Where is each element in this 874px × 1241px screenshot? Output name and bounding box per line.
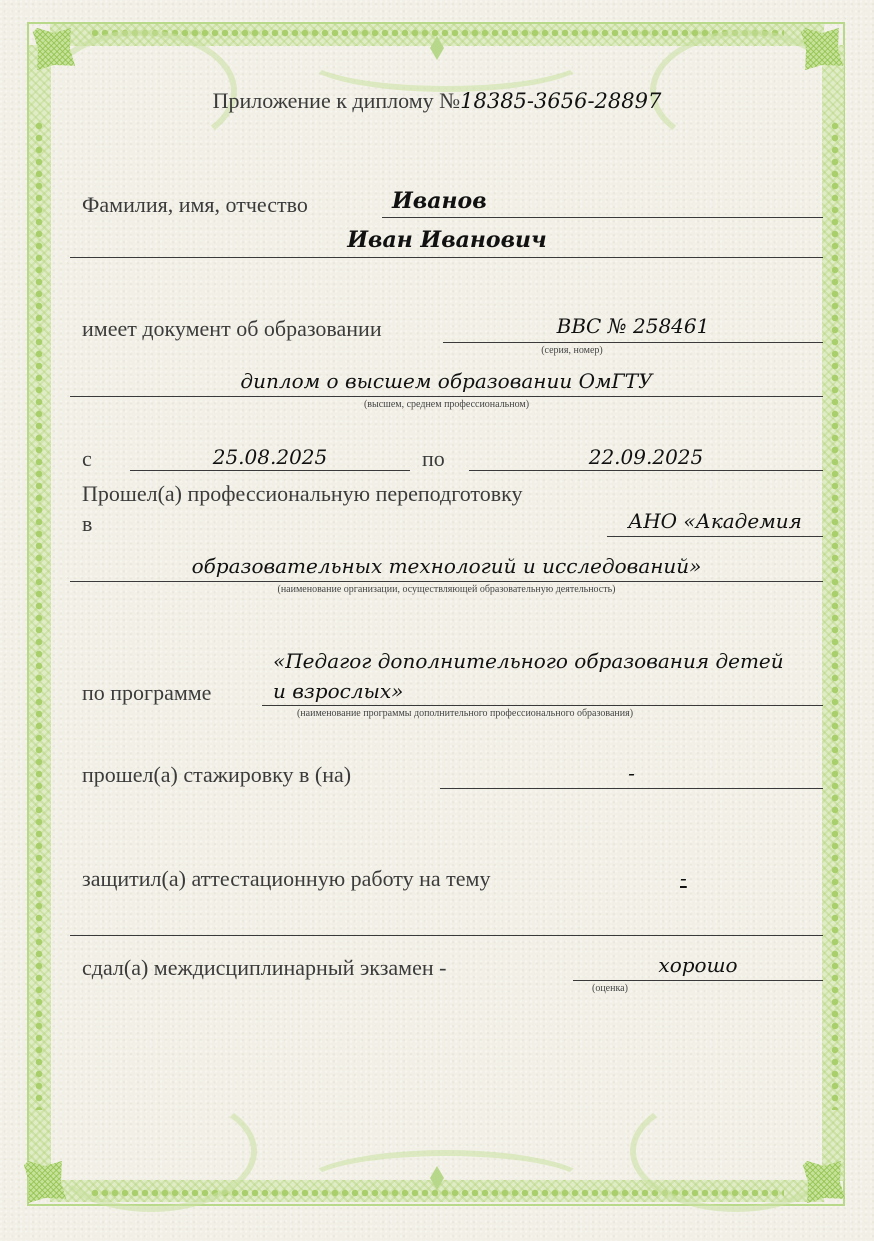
ribbon-ornament [300,20,592,92]
corner-rosette-icon [33,28,75,70]
surname-value: Иванов [392,188,487,214]
doc-type-hint: (высшем, среднем профессиональном) [70,399,823,410]
thesis-underline [70,935,823,936]
org-hint: (наименование организации, осуществляюще… [70,584,823,595]
exam-label: сдал(а) междисциплинарный экзамен - [82,955,446,981]
frame-scallop-right [830,120,840,1110]
surname-underline [382,217,823,218]
to-date-underline [469,470,823,471]
internship-label: прошел(а) стажировку в (на) [82,762,351,788]
exam-grade-hint: (оценка) [592,983,628,994]
from-date-value: 25.08.2025 [130,445,410,469]
document-title: Приложение к диплому №18385-3656-28897 [0,88,874,114]
org-line2-value: образовательных технологий и исследовани… [70,554,823,578]
fio-label: Фамилия, имя, отчество [82,192,308,218]
thesis-value: - [680,866,687,890]
from-label: с [82,446,92,472]
corner-rosette-icon [801,28,843,70]
to-label: по [422,446,445,472]
org-line2-underline [70,581,823,582]
doc-type-underline [70,396,823,397]
exam-grade-value: хорошо [573,953,823,977]
internship-underline [440,788,823,789]
internship-value: - [440,761,823,785]
series-number-hint: (серия, номер) [443,345,701,356]
doc-type-value: диплом о высшем образовании ОмГТУ [70,369,823,393]
from-date-underline [130,470,410,471]
name-underline [70,257,823,258]
program-underline [262,705,823,706]
corner-rosette-icon [803,1161,845,1203]
diploma-number: 18385-3656-28897 [460,89,661,113]
series-number-value: ВВС № 258461 [443,314,823,338]
to-date-value: 22.09.2025 [469,445,823,469]
exam-grade-underline [573,980,823,981]
frame-scallop-left [34,120,44,1110]
org-line1-value: АНО «Академия [607,509,823,533]
education-doc-label: имеет документ об образовании [82,316,382,342]
program-label: по программе [82,680,211,706]
name-patronymic-value: Иван Иванович [0,227,874,253]
org-line1-underline [607,536,823,537]
series-number-underline [443,342,823,343]
program-hint: (наименование программы дополнительного … [220,708,710,719]
corner-rosette-icon [24,1161,66,1203]
title-prefix: Приложение к диплому № [213,88,460,113]
ribbon-ornament [300,1150,592,1222]
ribbon-ornament [45,1090,257,1212]
retraining-in-label: в [82,511,92,537]
program-line2-value: и взрослых» [273,679,403,703]
thesis-label: защитил(а) аттестационную работу на тему [82,866,490,892]
retraining-label: Прошел(а) профессиональную переподготовк… [82,481,523,507]
program-line1-value: «Педагог дополнительного образования дет… [273,649,784,673]
